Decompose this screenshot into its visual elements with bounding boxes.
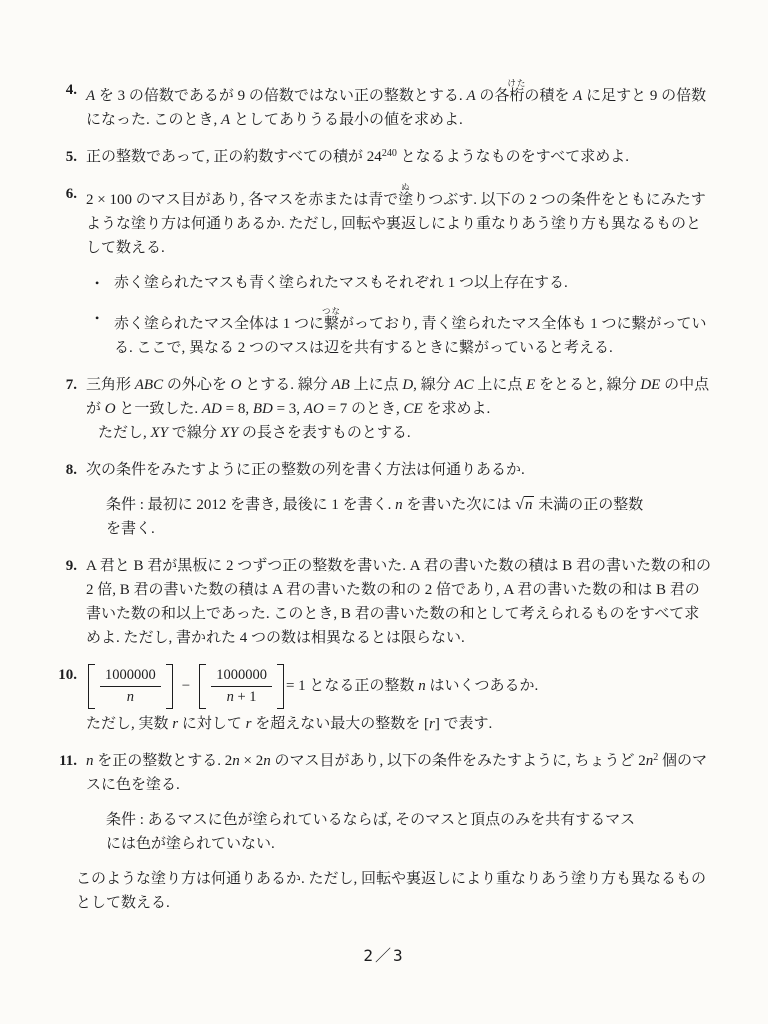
problem-body: 三角形 ABC の外心を O とする. 線分 AB 上に点 D, 線分 AC 上… bbox=[86, 373, 714, 445]
radical-sign: √ bbox=[515, 496, 524, 513]
fraction: 1000000n bbox=[95, 664, 166, 709]
math-var: n bbox=[263, 753, 271, 769]
problem-body: 1000000n − 1000000n + 1 = 1 となる正の整数 n はい… bbox=[86, 663, 714, 736]
problem-body: A を 3 の倍数であるが 9 の倍数ではない正の整数とする. A の各桁けたの… bbox=[86, 78, 714, 132]
math-var: XY bbox=[151, 425, 169, 441]
condition-block: 条件 : 最初に 2012 を書き, 最後に 1 を書く. n を書いた次には … bbox=[106, 493, 646, 541]
scanned-page: 4. A を 3 の倍数であるが 9 の倍数ではない正の整数とする. A の各桁… bbox=[0, 0, 768, 1024]
problem-body: 2 × 100 のマス目があり, 各マスを赤または青で塗ぬりつぶす. 以下の 2… bbox=[86, 182, 714, 360]
math-var: n bbox=[418, 678, 426, 694]
problem-note: ただし, 実数 r に対して r を超えない最大の整数を [r] で表す. bbox=[86, 712, 714, 736]
problem-text: 次の条件をみたすように正の整数の列を書く方法は何通りあるか. bbox=[86, 458, 714, 482]
math-var: AO bbox=[304, 401, 324, 417]
right-bracket-icon bbox=[277, 664, 284, 709]
sqrt-expression: √n bbox=[515, 497, 534, 513]
exponent: 240 bbox=[382, 148, 397, 159]
minus-operator: − bbox=[182, 674, 190, 698]
furigana: 繋つな bbox=[324, 316, 339, 332]
math-var: A bbox=[466, 88, 475, 104]
problem-7: 7. 三角形 ABC の外心を O とする. 線分 AB 上に点 D, 線分 A… bbox=[40, 373, 714, 445]
closing-paragraph: このような塗り方は何通りあるか. ただし, 回転や裏返しにより重なりあう塗り方も… bbox=[76, 867, 714, 915]
left-bracket-icon bbox=[88, 664, 95, 709]
math-var: AB bbox=[331, 377, 349, 393]
bullet-icon: • bbox=[95, 271, 114, 295]
problem-text: 2 × 100 のマス目があり, 各マスを赤または青で塗ぬりつぶす. 以下の 2… bbox=[86, 182, 714, 260]
problem-text: 三角形 ABC の外心を O とする. 線分 AB 上に点 D, 線分 AC 上… bbox=[86, 373, 714, 421]
problem-6: 6. 2 × 100 のマス目があり, 各マスを赤または青で塗ぬりつぶす. 以下… bbox=[40, 182, 714, 360]
bullet-text: 赤く塗られたマスも青く塗られたマスもそれぞれ 1 つ以上存在する. bbox=[114, 271, 714, 295]
problem-number: 10. bbox=[40, 663, 86, 736]
math-var: n bbox=[86, 753, 94, 769]
bullet-item: • 赤く塗られたマス全体は 1 つに繋つながっており, 青く塗られたマス全体も … bbox=[95, 306, 714, 360]
problem-note: ただし, XY で線分 XY の長さを表すものとする. bbox=[98, 421, 714, 445]
problem-body: 次の条件をみたすように正の整数の列を書く方法は何通りあるか. 条件 : 最初に … bbox=[86, 458, 714, 541]
problem-number: 5. bbox=[40, 145, 86, 169]
problem-body: A 君と B 君が黒板に 2 つずつ正の整数を書いた. A 君の書いた数の積は … bbox=[86, 554, 714, 650]
math-var: E bbox=[526, 377, 535, 393]
problem-4: 4. A を 3 の倍数であるが 9 の倍数ではない正の整数とする. A の各桁… bbox=[40, 78, 714, 132]
problem-11: 11. n を正の整数とする. 2n × 2n のマス目があり, 以下の条件をみ… bbox=[40, 749, 714, 915]
condition-block: 条件 : あるマスに色が塗られているならば, そのマスと頂点のみを共有するマスに… bbox=[106, 808, 646, 856]
math-var: O bbox=[231, 377, 242, 393]
problem-text: A 君と B 君が黒板に 2 つずつ正の整数を書いた. A 君の書いた数の積は … bbox=[86, 554, 714, 650]
math-var: ABC bbox=[135, 377, 163, 393]
sqrt-argument: n bbox=[524, 496, 535, 513]
problem-text: 正の整数であって, 正の約数すべての積が 24240 となるようなものをすべて求… bbox=[86, 145, 714, 169]
numerator: 1000000 bbox=[100, 666, 161, 687]
numerator: 1000000 bbox=[211, 666, 272, 687]
math-var: A bbox=[573, 88, 582, 104]
problem-9: 9. A 君と B 君が黒板に 2 つずつ正の整数を書いた. A 君の書いた数の… bbox=[40, 554, 714, 650]
floor-bracket-term: 1000000n + 1 bbox=[199, 664, 284, 709]
furigana: 桁けた bbox=[509, 88, 524, 104]
problem-text: A を 3 の倍数であるが 9 の倍数ではない正の整数とする. A の各桁けたの… bbox=[86, 78, 714, 132]
floor-expression: 1000000n − 1000000n + 1 = 1 となる正の整数 n はい… bbox=[86, 664, 714, 709]
math-var: D bbox=[402, 377, 413, 393]
problem-number: 4. bbox=[40, 78, 86, 132]
math-var: AD bbox=[202, 401, 222, 417]
problem-text: n を正の整数とする. 2n × 2n のマス目があり, 以下の条件をみたすよう… bbox=[86, 749, 714, 797]
furigana: 塗ぬ bbox=[398, 192, 413, 208]
bullet-icon: • bbox=[95, 306, 114, 360]
problem-8: 8. 次の条件をみたすように正の整数の列を書く方法は何通りあるか. 条件 : 最… bbox=[40, 458, 714, 541]
problem-body: 正の整数であって, 正の約数すべての積が 24240 となるようなものをすべて求… bbox=[86, 145, 714, 169]
condition-bullet-list: • 赤く塗られたマスも青く塗られたマスもそれぞれ 1 つ以上存在する. • 赤く… bbox=[95, 271, 714, 360]
math-var: BD bbox=[253, 401, 273, 417]
denominator: n bbox=[127, 687, 134, 707]
denominator: n + 1 bbox=[227, 687, 257, 707]
problem-number: 9. bbox=[40, 554, 86, 650]
bullet-text: 赤く塗られたマス全体は 1 つに繋つながっており, 青く塗られたマス全体も 1 … bbox=[114, 306, 714, 360]
math-var: n bbox=[395, 497, 403, 513]
math-var: XY bbox=[221, 425, 239, 441]
math-var: A bbox=[86, 88, 95, 104]
math-var: AC bbox=[454, 377, 473, 393]
page-number: 2／3 bbox=[0, 944, 768, 968]
left-bracket-icon bbox=[199, 664, 206, 709]
problem-body: n を正の整数とする. 2n × 2n のマス目があり, 以下の条件をみたすよう… bbox=[86, 749, 714, 915]
problem-number: 8. bbox=[40, 458, 86, 541]
math-var: A bbox=[221, 112, 230, 128]
right-bracket-icon bbox=[166, 664, 173, 709]
problem-number: 6. bbox=[40, 182, 86, 360]
expression-tail: = 1 となる正の整数 n はいくつあるか. bbox=[286, 674, 538, 698]
math-var: DE bbox=[640, 377, 660, 393]
fraction: 1000000n + 1 bbox=[206, 664, 277, 709]
problem-10: 10. 1000000n − 1000000n + 1 = 1 となる正の整数 … bbox=[40, 663, 714, 736]
bullet-item: • 赤く塗られたマスも青く塗られたマスもそれぞれ 1 つ以上存在する. bbox=[95, 271, 714, 295]
problem-5: 5. 正の整数であって, 正の約数すべての積が 24240 となるようなものをす… bbox=[40, 145, 714, 169]
math-var: O bbox=[105, 401, 116, 417]
math-var: CE bbox=[404, 401, 423, 417]
problem-number: 7. bbox=[40, 373, 86, 445]
math-var: n bbox=[232, 753, 240, 769]
floor-bracket-term: 1000000n bbox=[88, 664, 173, 709]
